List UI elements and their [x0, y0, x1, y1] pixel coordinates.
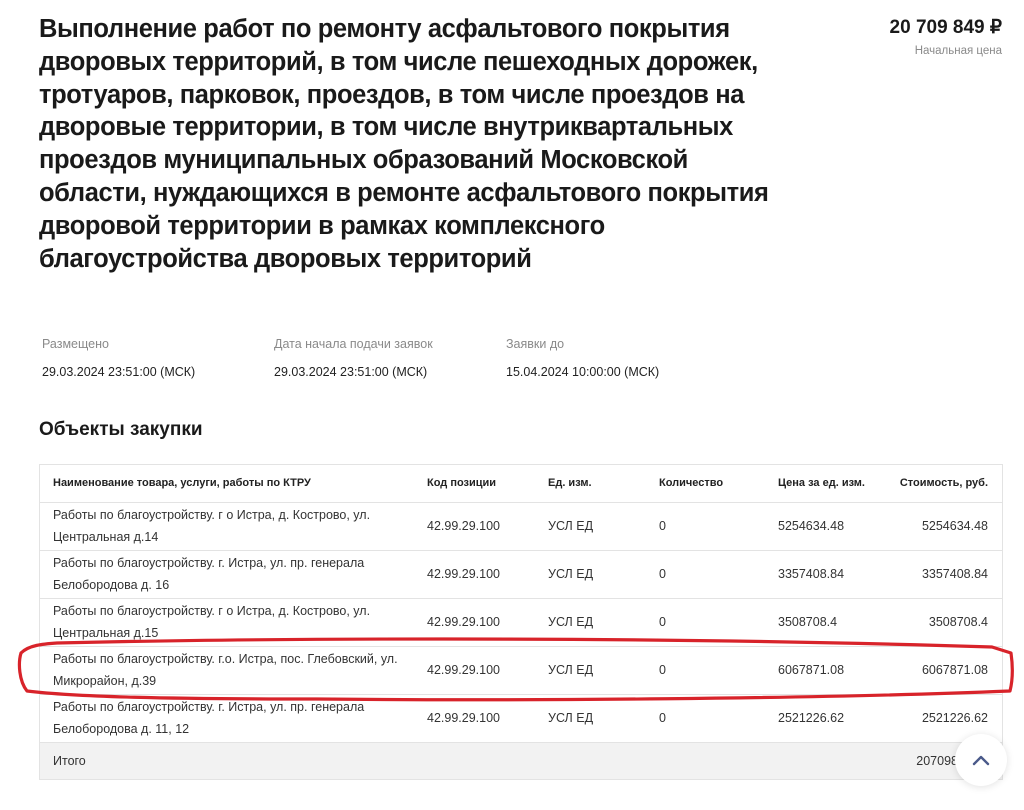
cell-name: Работы по благоустройству. г. Истра, ул.… — [40, 694, 414, 742]
cell-unit-price: 6067871.08 — [765, 646, 875, 694]
cell-unit: УСЛ ЕД — [535, 694, 646, 742]
meta-start: Дата начала подачи заявок 29.03.2024 23:… — [274, 337, 506, 379]
cell-unit: УСЛ ЕД — [535, 646, 646, 694]
cell-unit-price: 2521226.62 — [765, 694, 875, 742]
cell-quantity: 0 — [646, 646, 765, 694]
cell-unit: УСЛ ЕД — [535, 502, 646, 550]
chevron-up-icon — [972, 754, 990, 766]
column-header-cost: Стоимость, руб. — [875, 465, 1002, 502]
meta-label: Заявки до — [506, 337, 738, 361]
column-header-name: Наименование товара, услуги, работы по К… — [40, 465, 414, 502]
meta-value: 15.04.2024 10:00:00 (МСК) — [506, 365, 738, 379]
table-row: Работы по благоустройству. г о Истра, д.… — [40, 502, 1002, 550]
cell-cost: 6067871.08 — [875, 646, 1002, 694]
scroll-to-top-button[interactable] — [955, 734, 1007, 786]
table-row: Работы по благоустройству. г о Истра, д.… — [40, 598, 1002, 646]
cell-cost: 3357408.84 — [875, 550, 1002, 598]
initial-price: 20 709 849 ₽ — [890, 16, 1002, 39]
price-block: 20 709 849 ₽ Начальная цена — [890, 16, 1002, 57]
meta-value: 29.03.2024 23:51:00 (МСК) — [42, 365, 274, 379]
page-title: Выполнение работ по ремонту асфальтового… — [39, 13, 799, 275]
column-header-unit: Ед. изм. — [535, 465, 646, 502]
table-header-row: Наименование товара, услуги, работы по К… — [40, 465, 1002, 502]
cell-name: Работы по благоустройству. г.о. Истра, п… — [40, 646, 414, 694]
dates-info: Размещено 29.03.2024 23:51:00 (МСК) Дата… — [42, 337, 738, 379]
cell-unit-price: 5254634.48 — [765, 502, 875, 550]
cell-code: 42.99.29.100 — [414, 694, 535, 742]
cell-quantity: 0 — [646, 598, 765, 646]
cell-cost: 5254634.48 — [875, 502, 1002, 550]
cell-unit: УСЛ ЕД — [535, 598, 646, 646]
initial-price-label: Начальная цена — [890, 45, 1002, 57]
cell-unit-price: 3357408.84 — [765, 550, 875, 598]
cell-quantity: 0 — [646, 694, 765, 742]
cell-quantity: 0 — [646, 502, 765, 550]
meta-posted: Размещено 29.03.2024 23:51:00 (МСК) — [42, 337, 274, 379]
objects-table: Наименование товара, услуги, работы по К… — [39, 464, 1003, 780]
meta-deadline: Заявки до 15.04.2024 10:00:00 (МСК) — [506, 337, 738, 379]
table-row: Работы по благоустройству. г. Истра, ул.… — [40, 694, 1002, 742]
cell-code: 42.99.29.100 — [414, 598, 535, 646]
cell-name: Работы по благоустройству. г. Истра, ул.… — [40, 550, 414, 598]
column-header-code: Код позиции — [414, 465, 535, 502]
column-header-quantity: Количество — [646, 465, 765, 502]
meta-value: 29.03.2024 23:51:00 (МСК) — [274, 365, 506, 379]
cell-code: 42.99.29.100 — [414, 646, 535, 694]
section-title-objects: Объекты закупки — [39, 419, 203, 441]
table-total-row: Итого 207098 — [40, 742, 1002, 779]
cell-quantity: 0 — [646, 550, 765, 598]
cell-cost: 3508708.4 — [875, 598, 1002, 646]
cell-name: Работы по благоустройству. г о Истра, д.… — [40, 502, 414, 550]
column-header-unit-price: Цена за ед. изм. — [765, 465, 875, 502]
meta-label: Размещено — [42, 337, 274, 361]
total-label: Итого — [40, 742, 414, 779]
cell-name: Работы по благоустройству. г о Истра, д.… — [40, 598, 414, 646]
cell-code: 42.99.29.100 — [414, 550, 535, 598]
meta-label: Дата начала подачи заявок — [274, 337, 506, 361]
cell-unit-price: 3508708.4 — [765, 598, 875, 646]
table-row: Работы по благоустройству. г. Истра, ул.… — [40, 550, 1002, 598]
table-row-highlighted: Работы по благоустройству. г.о. Истра, п… — [40, 646, 1002, 694]
cell-code: 42.99.29.100 — [414, 502, 535, 550]
cell-unit: УСЛ ЕД — [535, 550, 646, 598]
